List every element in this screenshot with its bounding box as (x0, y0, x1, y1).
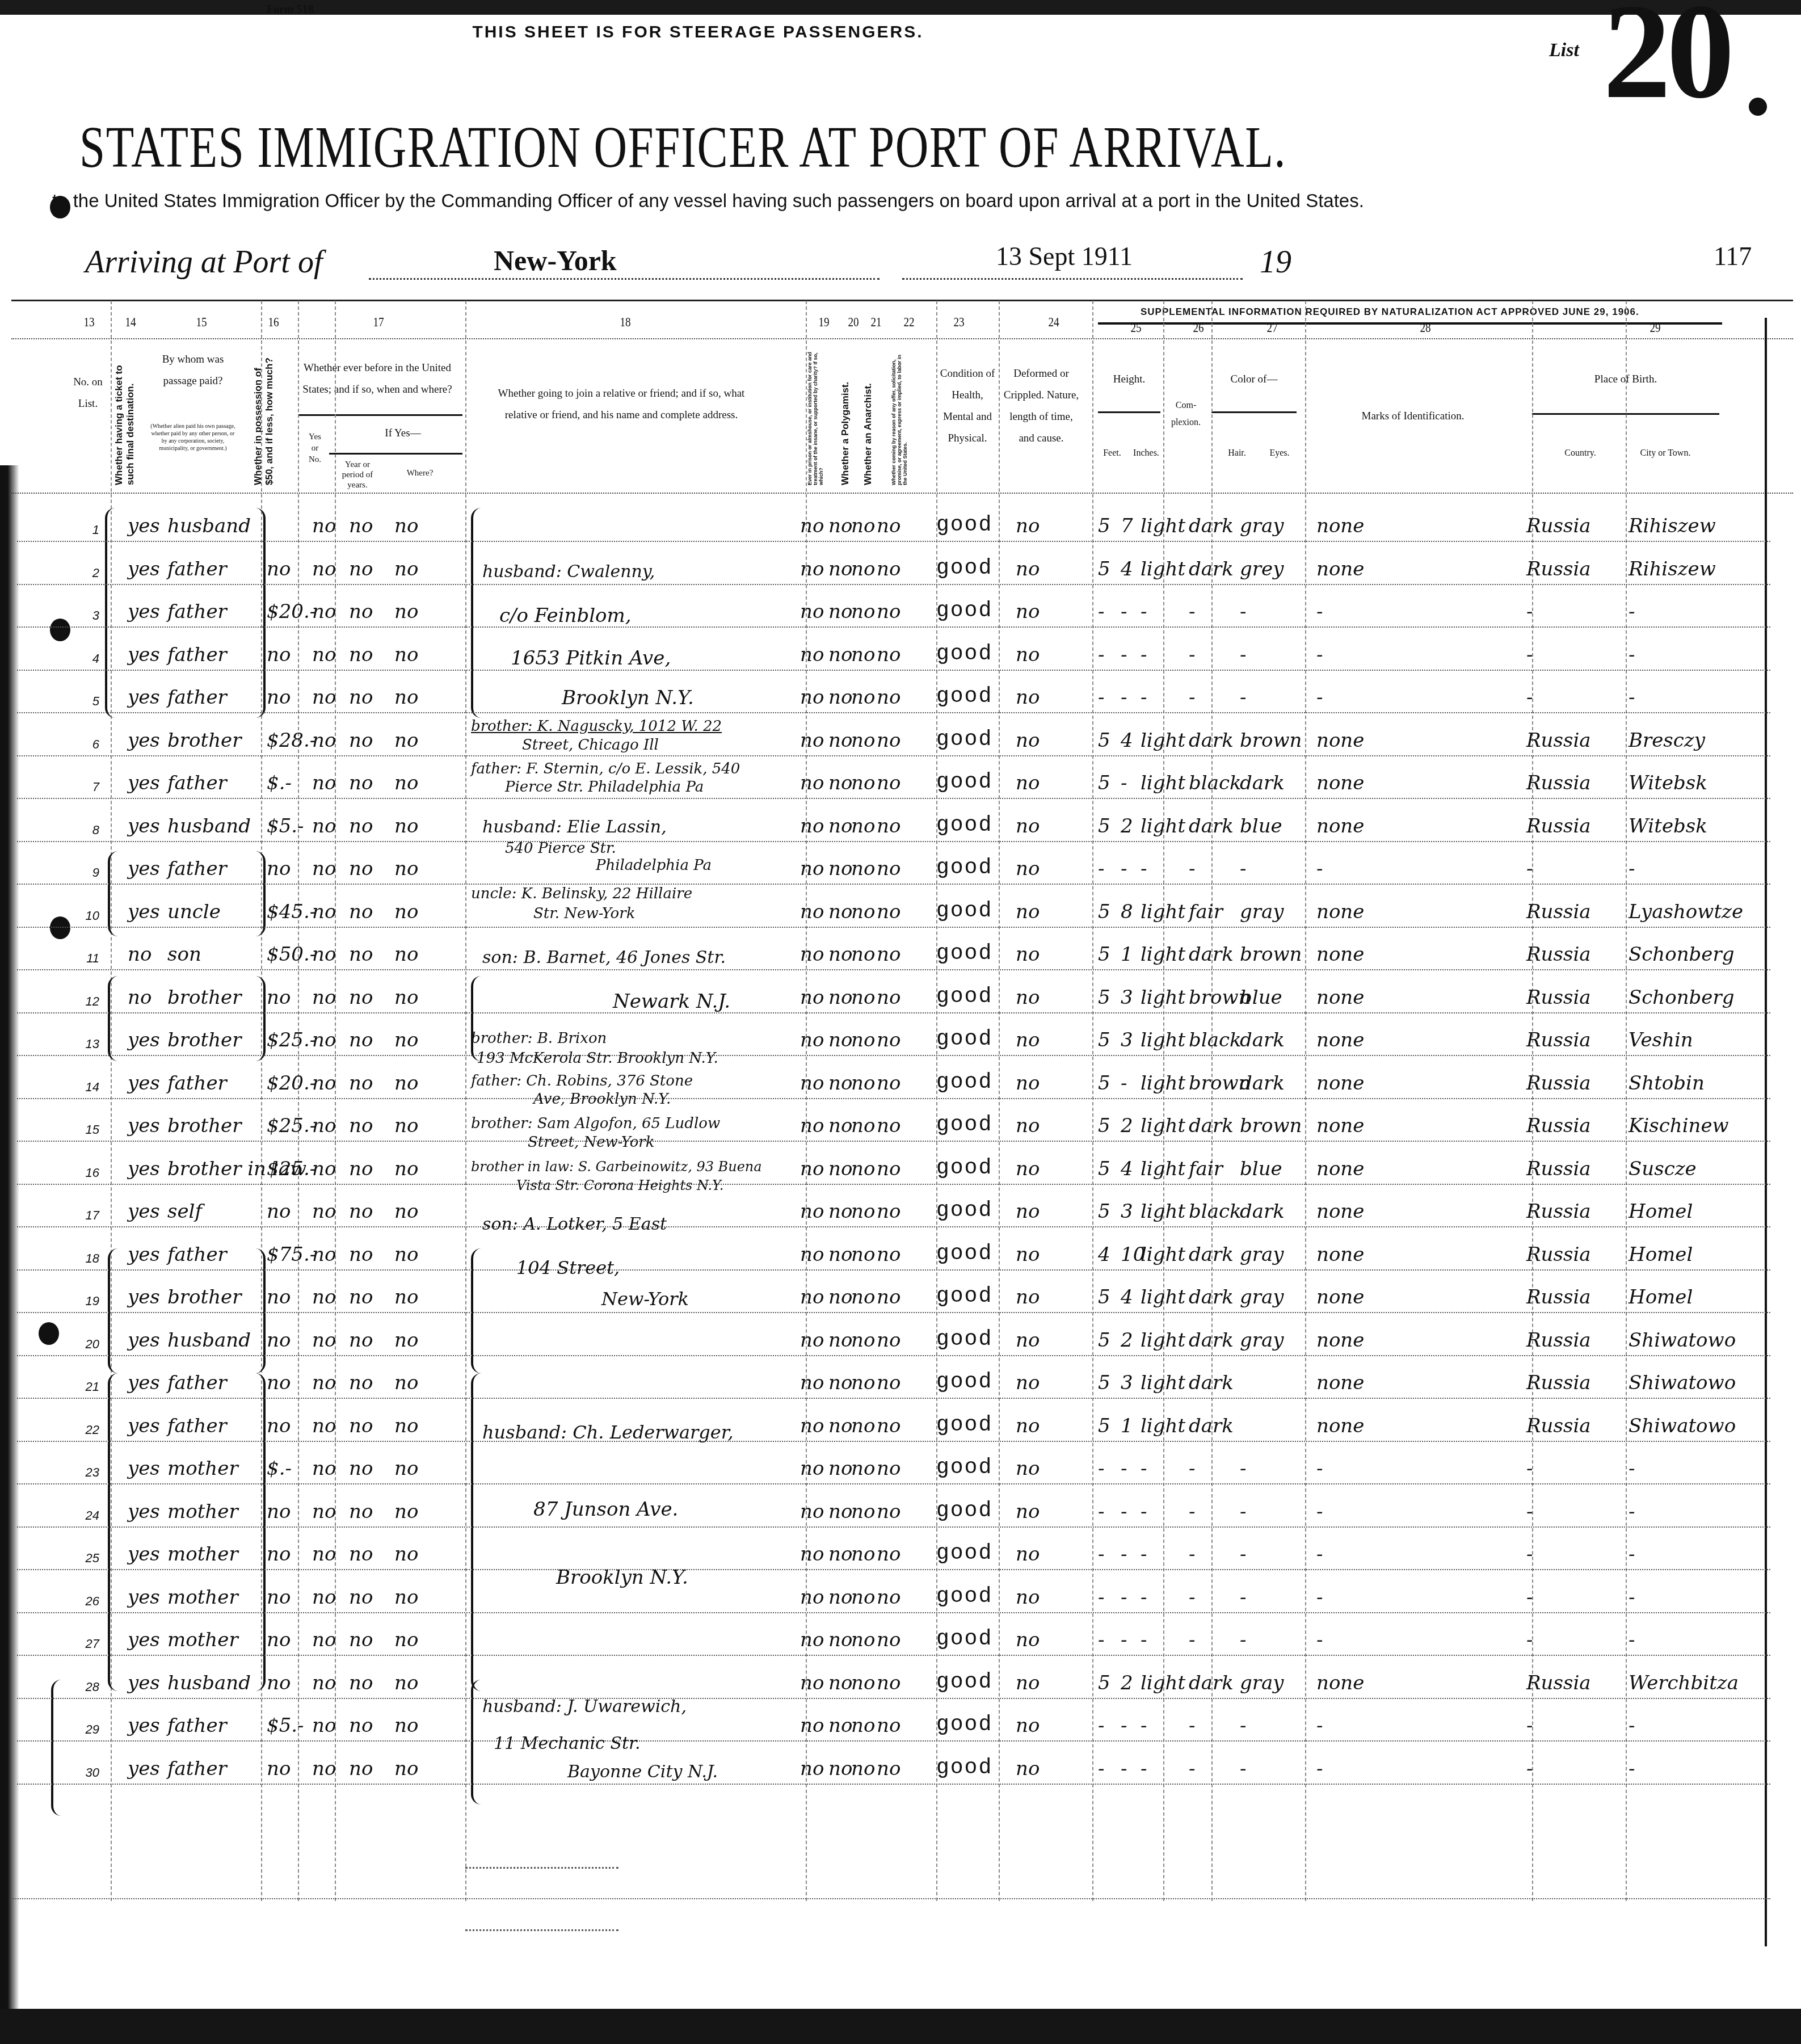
health-cell: good (936, 1027, 992, 1052)
anarchist-cell: no (851, 1714, 875, 1737)
header-labor-offer: Whether coming by reason of any offer, s… (891, 349, 916, 485)
col-18-yes-no-cell: no (349, 1586, 373, 1609)
address-line: Brooklyn N.Y. (556, 1566, 688, 1589)
polygamist-cell: no (828, 600, 852, 623)
anarchist-cell: no (851, 1114, 875, 1137)
height-feet-cell: 4 (1098, 1243, 1110, 1266)
height-feet-cell: 5 (1098, 1029, 1110, 1052)
arriving-label: Arriving at Port of (85, 244, 322, 280)
anarchist-cell: no (851, 1543, 875, 1566)
complexion-cell: light (1141, 1072, 1185, 1095)
height-feet-cell: - (1098, 600, 1105, 623)
health-cell: good (936, 941, 992, 966)
date-field-line (902, 278, 1243, 280)
address-line: 104 Street, (516, 1257, 620, 1278)
table-row: 26yesmothernonononononononogoodno-------… (17, 1570, 1770, 1613)
col-number-13: 13 (83, 315, 94, 330)
hair-color-cell: dark (1189, 1286, 1234, 1309)
sheet-type-heading: THIS SHEET IS FOR STEERAGE PASSENGERS. (0, 23, 1396, 42)
deformed-cell: no (1016, 986, 1040, 1009)
height-inches-cell: 3 (1121, 1372, 1133, 1394)
country-cell: - (1526, 1543, 1533, 1566)
fifty-dollars-cell: no (267, 1286, 291, 1309)
before-in-us-cell: no (312, 815, 336, 838)
table-row: 6yesbrother$28.-nononononononogoodno54li… (17, 713, 1770, 756)
ticket-cell: no (128, 986, 152, 1009)
ticket-cell: yes (128, 558, 160, 581)
height-feet-cell: - (1098, 1457, 1105, 1480)
fifty-dollars-cell: $.- (267, 1457, 292, 1480)
ticket-cell: yes (128, 1200, 160, 1223)
height-inches-cell: 3 (1121, 1200, 1133, 1223)
paid-by-cell: father (167, 1757, 227, 1780)
eye-color-cell: - (1240, 600, 1247, 623)
page-number: 117 (1714, 241, 1752, 271)
eye-color-cell: - (1240, 1714, 1247, 1737)
fifty-dollars-cell: $20.- (267, 1072, 316, 1095)
height-inches-cell: 2 (1121, 815, 1133, 838)
marks-cell: none (1316, 1158, 1364, 1180)
anarchist-cell: no (851, 1586, 875, 1609)
labor-offer-cell: no (877, 1029, 900, 1052)
labor-offer-cell: no (877, 1158, 900, 1180)
complexion-cell: light (1141, 1286, 1185, 1309)
country-cell: Russia (1526, 1072, 1591, 1095)
height-feet-cell: - (1098, 1543, 1105, 1566)
col-17-where-cell: no (394, 1286, 418, 1309)
paid-by-cell: mother (167, 1586, 238, 1609)
deformed-cell: no (1016, 815, 1040, 838)
col-number-23: 23 (953, 315, 964, 330)
fifty-dollars-cell: $28.- (267, 729, 316, 752)
fifty-dollars-cell: no (267, 1543, 291, 1566)
before-in-us-cell: no (312, 901, 336, 923)
table-row: 14yesfather$20.-nononononononogoodno5-li… (17, 1055, 1770, 1099)
paid-by-cell: father (167, 1372, 227, 1394)
fifty-dollars-cell: $5.- (267, 1714, 304, 1737)
col-number-28: 28 (1420, 321, 1430, 336)
anarchist-cell: no (851, 644, 875, 666)
address-line: Vista Str. Corona Heights N.Y. (516, 1177, 723, 1193)
before-in-us-cell: no (312, 986, 336, 1009)
labor-offer-cell: no (877, 1629, 900, 1651)
eye-color-cell: brown (1240, 1114, 1302, 1137)
height-inches-cell: 7 (1121, 515, 1133, 537)
col-18-yes-no-cell: no (349, 857, 373, 880)
prison-cell: no (800, 1029, 824, 1052)
height-feet-cell: 5 (1098, 729, 1110, 752)
page-subtitle: to the United States Immigration Officer… (52, 190, 1364, 212)
row-number: 21 (77, 1380, 99, 1394)
country-cell: - (1526, 857, 1533, 880)
col-17-where-cell: no (394, 772, 418, 794)
ticket-cell: yes (128, 515, 160, 537)
header-color: Color of— (1211, 369, 1297, 390)
height-feet-cell: - (1098, 686, 1105, 709)
fifty-dollars-cell: no (267, 1672, 291, 1694)
prison-cell: no (800, 729, 824, 752)
col-17-where-cell: no (394, 1029, 418, 1052)
col-18-yes-no-cell: no (349, 1629, 373, 1651)
labor-offer-cell: no (877, 1500, 900, 1523)
polygamist-cell: no (828, 857, 852, 880)
country-cell: Russia (1526, 1114, 1591, 1137)
header-color-rule (1211, 411, 1297, 413)
city-cell: Schonberg (1629, 986, 1735, 1009)
col-18-yes-no-cell: no (349, 1029, 373, 1052)
eye-color-cell: brown (1240, 729, 1302, 752)
header-feet: Feet. (1098, 443, 1126, 464)
marks-cell: - (1316, 1543, 1323, 1566)
before-in-us-cell: no (312, 1672, 336, 1694)
marks-cell: none (1316, 1200, 1364, 1223)
address-line: uncle: K. Belinsky, 22 Hillaire (471, 885, 692, 902)
prison-cell: no (800, 1629, 824, 1651)
anarchist-cell: no (851, 1457, 875, 1480)
paid-by-cell: father (167, 600, 227, 623)
country-cell: Russia (1526, 986, 1591, 1009)
height-feet-cell: 5 (1098, 1329, 1110, 1352)
anarchist-cell: no (851, 857, 875, 880)
table-row: 30yesfathernonononononononogoodno-------… (17, 1741, 1770, 1785)
labor-offer-cell: no (877, 1114, 900, 1137)
country-cell: Russia (1526, 558, 1591, 581)
eye-color-cell: gray (1240, 515, 1284, 537)
polygamist-cell: no (828, 1243, 852, 1266)
col-18-yes-no-cell: no (349, 1329, 373, 1352)
fifty-dollars-cell: no (267, 1372, 291, 1394)
country-cell: Russia (1526, 1200, 1591, 1223)
eye-color-cell: - (1240, 1543, 1247, 1566)
hair-color-cell: dark (1189, 1672, 1234, 1694)
col-number-29: 29 (1649, 321, 1660, 336)
city-cell: Rihiszew (1629, 558, 1716, 581)
height-feet-cell: 5 (1098, 1114, 1110, 1137)
row-number: 1 (77, 523, 99, 537)
anarchist-cell: no (851, 1757, 875, 1780)
table-row: 3yesfather$20.-nononononononogoodno-----… (17, 584, 1770, 628)
row-number: 30 (77, 1765, 99, 1780)
marks-cell: none (1316, 1672, 1364, 1694)
table-row: 23yesmother$.-nononononononogoodno------… (17, 1441, 1770, 1484)
paid-by-cell: uncle (167, 901, 221, 923)
blank-rule (465, 1929, 618, 1931)
ticket-cell: yes (128, 1072, 160, 1095)
complexion-cell: - (1141, 1629, 1147, 1651)
paid-by-cell: husband (167, 1329, 251, 1352)
hair-color-cell: - (1189, 1757, 1196, 1780)
table-row: 5yesfathernonononononononogoodno-------- (17, 670, 1770, 713)
row-number: 26 (77, 1594, 99, 1609)
health-cell: good (936, 899, 992, 923)
col-17-where-cell: no (394, 1158, 418, 1180)
col-number-20: 20 (848, 315, 859, 330)
scan-border-left (0, 465, 19, 2032)
supplemental-header: SUPPLEMENTAL INFORMATION REQUIRED BY NAT… (1141, 306, 1639, 318)
marks-cell: - (1316, 644, 1323, 666)
prison-cell: no (800, 1415, 824, 1437)
complexion-cell: light (1141, 772, 1185, 794)
col-17-where-cell: no (394, 1457, 418, 1480)
labor-offer-cell: no (877, 1372, 900, 1394)
marks-cell: none (1316, 1372, 1364, 1394)
marks-cell: none (1316, 558, 1364, 581)
prison-cell: no (800, 1757, 824, 1780)
paid-by-cell: father (167, 644, 227, 666)
labor-offer-cell: no (877, 901, 900, 923)
table-row: 28yeshusbandnonononononononogoodno52ligh… (17, 1655, 1770, 1699)
health-cell: good (936, 1756, 992, 1780)
prison-cell: no (800, 600, 824, 623)
list-label: List (1549, 40, 1579, 61)
col-17-where-cell: no (394, 1543, 418, 1566)
row-number: 7 (77, 780, 99, 794)
ticket-cell: yes (128, 1672, 160, 1694)
col-number-27: 27 (1266, 321, 1277, 336)
row-number: 28 (77, 1680, 99, 1694)
labor-offer-cell: no (877, 1757, 900, 1780)
eye-color-cell: gray (1240, 1286, 1284, 1309)
table-row: 16yesbrother in law$25.-nononononononogo… (17, 1141, 1770, 1185)
table-row: 18yesfather$75.-nononononononogoodno410l… (17, 1227, 1770, 1271)
form-number: Form 518 (267, 3, 314, 16)
height-inches-cell: - (1121, 1629, 1127, 1651)
health-cell: good (936, 642, 992, 666)
port-field-line (369, 278, 880, 280)
city-cell: - (1629, 1543, 1635, 1566)
col-number-18: 18 (620, 315, 630, 330)
fifty-dollars-cell: $75.- (267, 1243, 316, 1266)
fifty-dollars-cell: no (267, 1629, 291, 1651)
hair-color-cell: - (1189, 1500, 1196, 1523)
polygamist-cell: no (828, 1629, 852, 1651)
hair-color-cell: - (1189, 600, 1196, 623)
deformed-cell: no (1016, 1500, 1040, 1523)
ticket-cell: yes (128, 644, 160, 666)
col-17-where-cell: no (394, 1415, 418, 1437)
header-year: Year or period of years. (335, 460, 380, 490)
col-18-yes-no-cell: no (349, 1714, 373, 1737)
ticket-cell: yes (128, 1714, 160, 1737)
city-cell: Shiwatowo (1629, 1372, 1736, 1394)
before-in-us-cell: no (312, 1200, 336, 1223)
header-health: Condition of Health, Mental and Physical… (939, 363, 996, 449)
height-feet-cell: 5 (1098, 1415, 1110, 1437)
marks-cell: - (1316, 1457, 1323, 1480)
labor-offer-cell: no (877, 558, 900, 581)
complexion-cell: - (1141, 686, 1147, 709)
complexion-cell: light (1141, 815, 1185, 838)
hair-color-cell: dark (1189, 943, 1234, 966)
punch-hole-icon (1749, 98, 1767, 116)
header-polygamist: Whether a Polygamist. (840, 349, 851, 485)
before-in-us-cell: no (312, 943, 336, 966)
eye-color-cell: gray (1240, 901, 1284, 923)
ticket-cell: yes (128, 1372, 160, 1394)
scan-border-bottom (0, 2009, 1801, 2044)
col-17-where-cell: no (394, 1372, 418, 1394)
labor-offer-cell: no (877, 815, 900, 838)
col-18-yes-no-cell: no (349, 943, 373, 966)
col-18-yes-no-cell: no (349, 1672, 373, 1694)
address-line: New-York (601, 1288, 689, 1310)
header-complexion: Com-plexion. (1166, 397, 1206, 431)
before-in-us-cell: no (312, 1543, 336, 1566)
labor-offer-cell: no (877, 1243, 900, 1266)
country-cell: - (1526, 1714, 1533, 1737)
anarchist-cell: no (851, 686, 875, 709)
header-hair: Hair. (1220, 443, 1254, 464)
eye-color-cell: - (1240, 857, 1247, 880)
table-row: 2yesfathernonononononononogoodno54lightd… (17, 541, 1770, 585)
country-cell: - (1526, 686, 1533, 709)
header-height-rule (1098, 411, 1160, 413)
hair-color-cell: dark (1189, 1114, 1234, 1137)
address-line: father: Ch. Robins, 376 Stone (471, 1073, 693, 1090)
paid-by-cell: brother (167, 1114, 241, 1137)
before-in-us-cell: no (312, 1714, 336, 1737)
height-feet-cell: 5 (1098, 901, 1110, 923)
blank-rule (465, 1867, 618, 1869)
ticket-cell: yes (128, 1457, 160, 1480)
polygamist-cell: no (828, 1586, 852, 1609)
col-18-yes-no-cell: no (349, 815, 373, 838)
country-cell: Russia (1526, 1286, 1591, 1309)
deformed-cell: no (1016, 515, 1040, 537)
ticket-cell: yes (128, 1543, 160, 1566)
address-line: father: F. Sternin, c/o E. Lessik, 540 (471, 760, 740, 777)
col-17-where-cell: no (394, 686, 418, 709)
marks-cell: - (1316, 857, 1323, 880)
height-feet-cell: - (1098, 1714, 1105, 1737)
deformed-cell: no (1016, 943, 1040, 966)
header-anarchist: Whether an Anarchist. (862, 349, 874, 485)
ticket-cell: yes (128, 1586, 160, 1609)
address-line: husband: Ch. Lederwarger, (482, 1421, 734, 1443)
height-inches-cell: - (1121, 1072, 1127, 1095)
deformed-cell: no (1016, 644, 1040, 666)
before-in-us-cell: no (312, 1114, 336, 1137)
marks-cell: none (1316, 1072, 1364, 1095)
complexion-cell: light (1141, 1372, 1185, 1394)
health-cell: good (936, 1413, 992, 1437)
prison-cell: no (800, 1072, 824, 1095)
height-feet-cell: 5 (1098, 1286, 1110, 1309)
country-cell: Russia (1526, 1672, 1591, 1694)
col-17-where-cell: no (394, 1629, 418, 1651)
height-inches-cell: - (1121, 600, 1127, 623)
address-line: Ave, Brooklyn N.Y. (533, 1091, 671, 1108)
polygamist-cell: no (828, 515, 852, 537)
ticket-cell: yes (128, 1500, 160, 1523)
deformed-cell: no (1016, 1072, 1040, 1095)
before-in-us-cell: no (312, 558, 336, 581)
complexion-cell: light (1141, 901, 1185, 923)
ticket-cell: yes (128, 772, 160, 794)
deformed-cell: no (1016, 1629, 1040, 1651)
fifty-dollars-cell: no (267, 857, 291, 880)
header-eyes: Eyes. (1263, 443, 1297, 464)
health-cell: good (936, 770, 992, 794)
polygamist-cell: no (828, 1158, 852, 1180)
fifty-dollars-cell: no (267, 686, 291, 709)
city-cell: Schonberg (1629, 943, 1735, 966)
prison-cell: no (800, 1286, 824, 1309)
header-rule-top (11, 300, 1793, 301)
anarchist-cell: no (851, 943, 875, 966)
anarchist-cell: no (851, 1329, 875, 1352)
before-in-us-cell: no (312, 857, 336, 880)
labor-offer-cell: no (877, 1286, 900, 1309)
header-where: Where? (397, 462, 443, 484)
eye-color-cell: - (1240, 686, 1247, 709)
col-number-15: 15 (196, 315, 207, 330)
hair-color-cell: - (1189, 1586, 1196, 1609)
col-18-yes-no-cell: no (349, 772, 373, 794)
prison-cell: no (800, 1457, 824, 1480)
ticket-cell: yes (128, 1286, 160, 1309)
paid-by-cell: son (167, 943, 201, 966)
row-number: 25 (77, 1551, 99, 1566)
address-line: Pierce Str. Philadelphia Pa (505, 779, 704, 796)
labor-offer-cell: no (877, 1586, 900, 1609)
complexion-cell: light (1141, 558, 1185, 581)
prison-cell: no (800, 558, 824, 581)
polygamist-cell: no (828, 815, 852, 838)
height-inches-cell: - (1121, 1586, 1127, 1609)
prison-cell: no (800, 1243, 824, 1266)
deformed-cell: no (1016, 729, 1040, 752)
ticket-cell: yes (128, 729, 160, 752)
hair-color-cell: - (1189, 644, 1196, 666)
marks-cell: none (1316, 1286, 1364, 1309)
row-number: 22 (77, 1423, 99, 1437)
prison-cell: no (800, 686, 824, 709)
polygamist-cell: no (828, 943, 852, 966)
marks-cell: - (1316, 1500, 1323, 1523)
city-cell: - (1629, 857, 1635, 880)
header-prison: Ever in prison or almshouse, or institut… (807, 349, 832, 485)
paid-by-cell: brother (167, 1286, 241, 1309)
anarchist-cell: no (851, 1415, 875, 1437)
complexion-cell: light (1141, 1415, 1185, 1437)
height-feet-cell: 5 (1098, 943, 1110, 966)
complexion-cell: light (1141, 729, 1185, 752)
paid-by-cell: husband (167, 1672, 251, 1694)
fifty-dollars-cell: no (267, 644, 291, 666)
paid-by-cell: self (167, 1200, 202, 1223)
complexion-cell: light (1141, 943, 1185, 966)
marks-cell: - (1316, 1629, 1323, 1651)
labor-offer-cell: no (877, 1714, 900, 1737)
health-cell: good (936, 1327, 992, 1352)
row-number: 6 (77, 737, 99, 752)
marks-cell: none (1316, 901, 1364, 923)
city-cell: - (1629, 1500, 1635, 1523)
marks-cell: none (1316, 815, 1364, 838)
deformed-cell: no (1016, 1200, 1040, 1223)
anarchist-cell: no (851, 515, 875, 537)
city-cell: Homel (1629, 1286, 1693, 1309)
anarchist-cell: no (851, 1158, 875, 1180)
table-row: 25yesmothernonononononononogoodno-------… (17, 1526, 1770, 1570)
address-line: 1653 Pitkin Ave, (511, 647, 671, 670)
table-row: 7yesfather$.-nononononononogoodno5-light… (17, 755, 1770, 799)
health-cell: good (936, 1713, 992, 1737)
country-cell: - (1526, 1586, 1533, 1609)
before-in-us-cell: no (312, 1372, 336, 1394)
labor-offer-cell: no (877, 686, 900, 709)
